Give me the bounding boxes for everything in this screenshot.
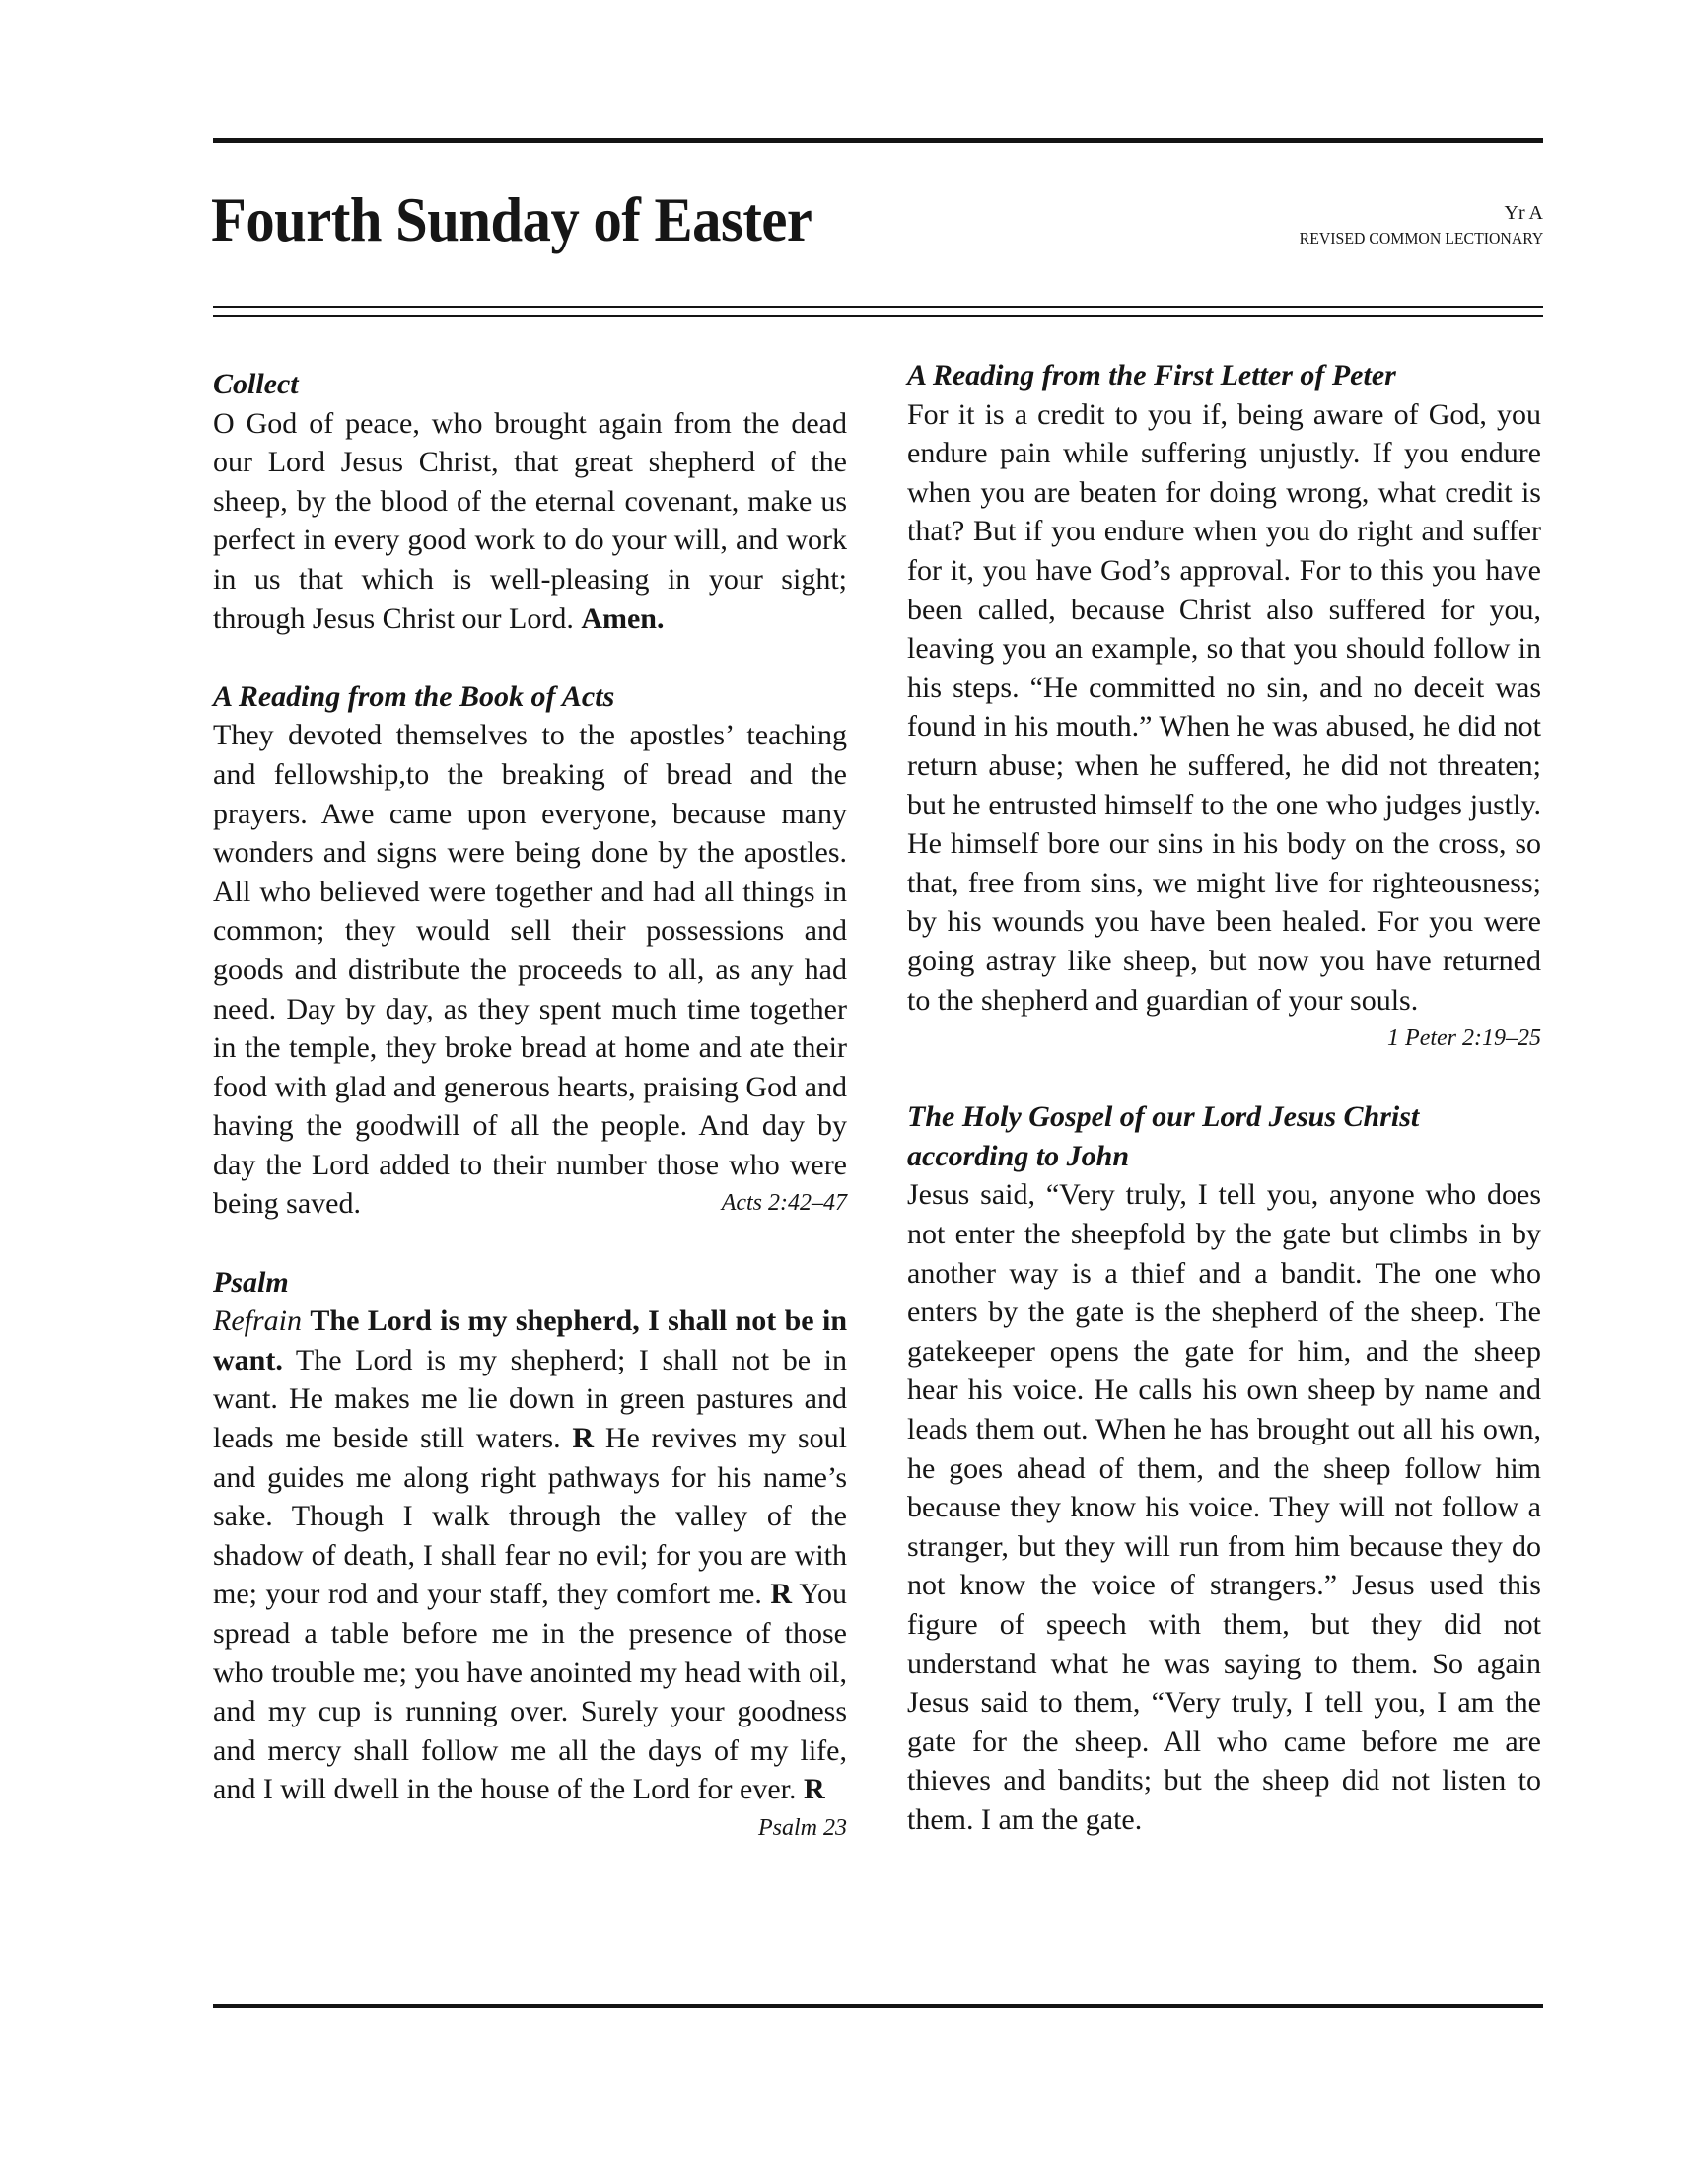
header-rule-lower <box>213 315 1543 317</box>
psalm-heading: Psalm <box>213 1263 847 1303</box>
collect-amen: Amen. <box>581 602 664 635</box>
psalm-text: Refrain The Lord is my shepherd, I shall… <box>213 1302 847 1809</box>
peter-citation: 1 Peter 2:19–25 <box>907 1020 1541 1059</box>
psalm-section: Psalm Refrain The Lord is my shepherd, I… <box>213 1263 847 1809</box>
acts-text: They devoted themselves to the apostles’… <box>213 716 847 1224</box>
refrain-marker: R <box>572 1422 594 1454</box>
refrain-label: Refrain <box>213 1304 302 1337</box>
top-rule <box>213 138 1543 143</box>
page-title: Fourth Sunday of Easter <box>211 189 812 251</box>
acts-section: A Reading from the Book of Acts They dev… <box>213 677 847 1224</box>
liturgical-year: Yr A <box>1281 203 1543 223</box>
psalm-citation: Psalm 23 <box>758 1809 847 1849</box>
lectionary-name: REVISED COMMON LECTIONARY <box>1299 230 1543 247</box>
refrain-marker: R <box>770 1578 792 1610</box>
lectionary-meta: Yr A REVISED COMMON LECTIONARY <box>1281 203 1543 247</box>
acts-heading: A Reading from the Book of Acts <box>213 677 847 717</box>
bottom-rule <box>213 2004 1543 2008</box>
gospel-heading: The Holy Gospel of our Lord Jesus Christ… <box>907 1097 1541 1175</box>
acts-reading: They devoted themselves to the apostles’… <box>213 719 847 1220</box>
collect-heading: Collect <box>213 365 847 404</box>
psalm-verse-3: You spread a table before me in the pres… <box>213 1578 847 1805</box>
collect-section: Collect O God of peace, who brought agai… <box>213 365 847 638</box>
acts-citation: Acts 2:42–47 <box>722 1184 847 1224</box>
refrain-marker: R <box>804 1773 825 1805</box>
peter-section: A Reading from the First Letter of Peter… <box>907 356 1541 1059</box>
peter-heading: A Reading from the First Letter of Peter <box>907 356 1541 395</box>
peter-text: For it is a credit to you if, being awar… <box>907 395 1541 1021</box>
header-rule-upper <box>213 306 1543 308</box>
gospel-section: The Holy Gospel of our Lord Jesus Christ… <box>907 1097 1541 1839</box>
right-column: A Reading from the First Letter of Peter… <box>907 356 1541 1878</box>
collect-prayer: O God of peace, who brought again from t… <box>213 407 847 635</box>
gospel-text: Jesus said, “Very truly, I tell you, any… <box>907 1175 1541 1839</box>
left-column: Collect O God of peace, who brought agai… <box>213 365 847 1849</box>
collect-text: O God of peace, who brought again from t… <box>213 404 847 639</box>
